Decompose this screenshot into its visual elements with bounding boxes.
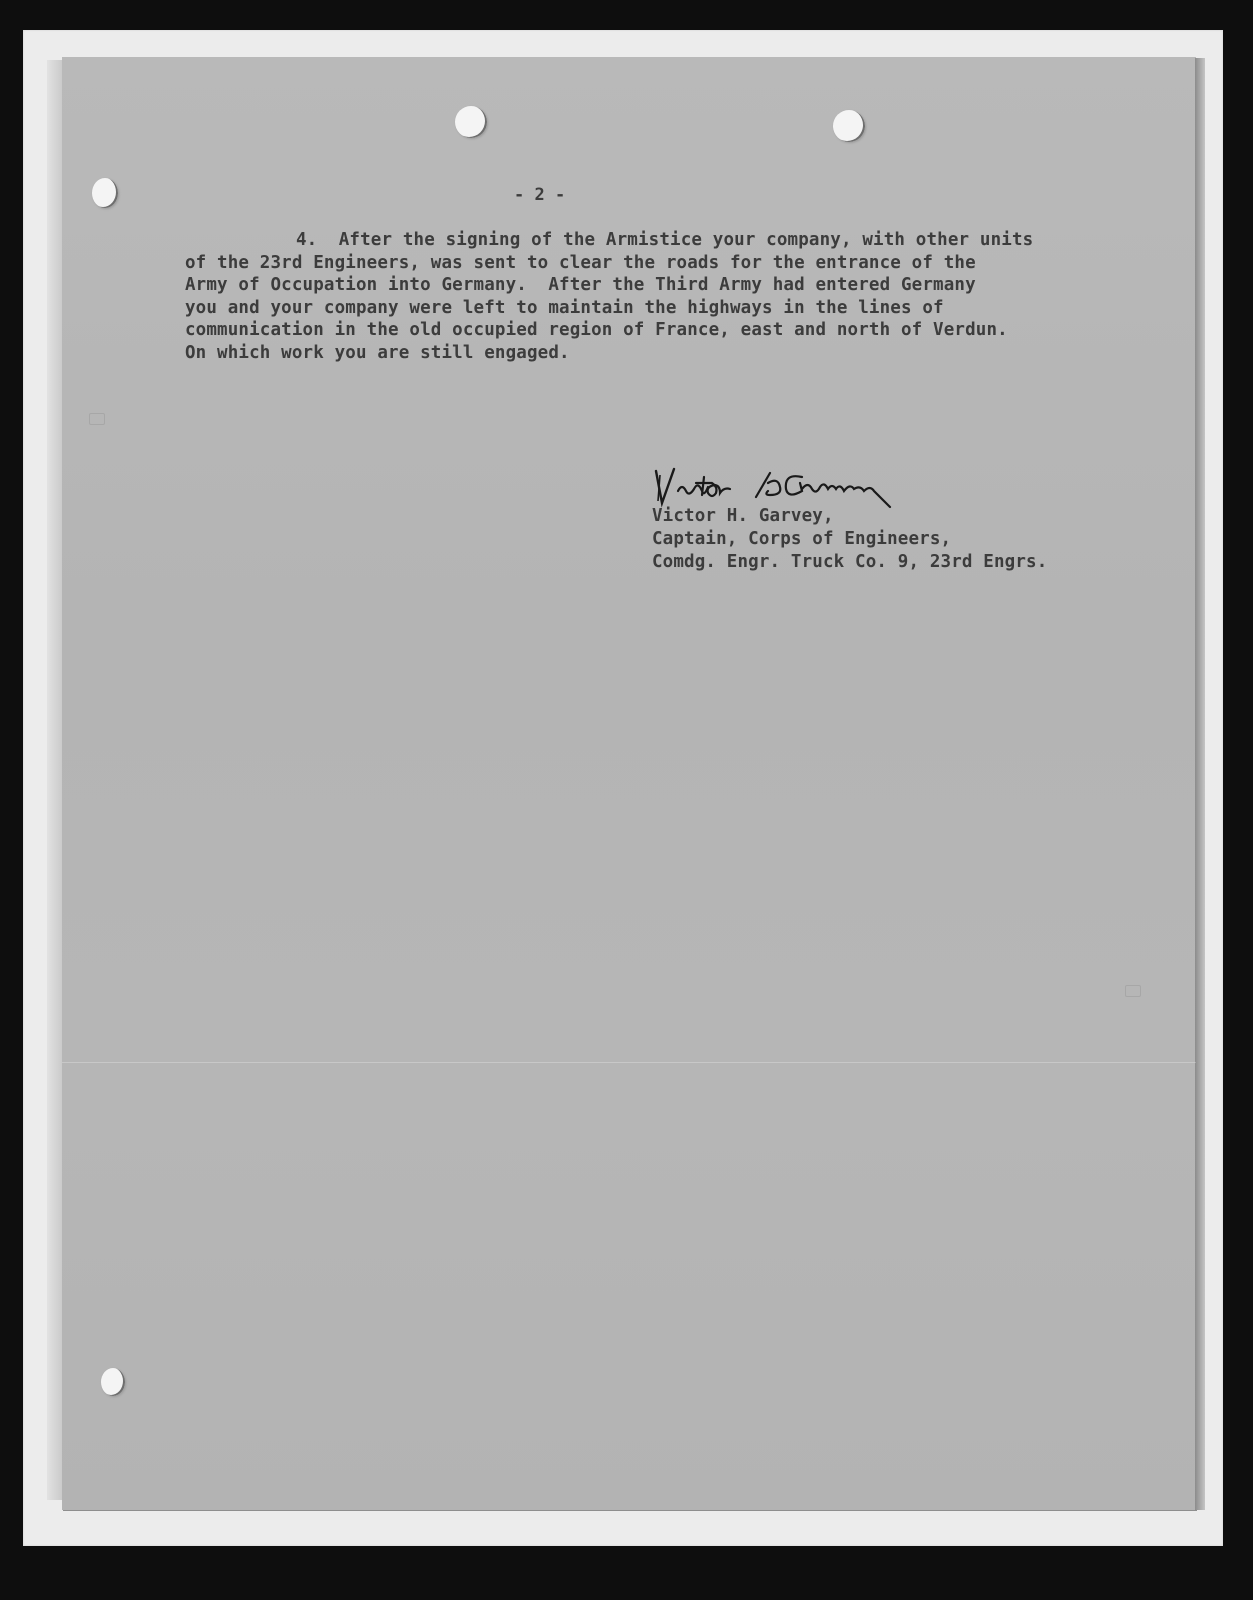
paragraph-line-6: On which work you are still engaged.: [185, 343, 570, 363]
page-edge-right: [1195, 58, 1205, 1510]
archive-mark-left: [89, 413, 105, 425]
punch-hole-side-top: [92, 178, 118, 208]
archive-mark-right: [1125, 985, 1141, 997]
signature-block: Victor H. Garvey, Captain, Corps of Engi…: [652, 505, 1047, 574]
punch-hole-top-right: [833, 110, 865, 142]
paragraph-line-1: After the signing of the Armistice your …: [339, 230, 1034, 250]
paragraph-number: 4.: [296, 230, 317, 250]
paragraph-line-5: communication in the old occupied region…: [185, 320, 1008, 340]
body-paragraph: 4. After the signing of the Armistice yo…: [185, 229, 1033, 364]
page-number: - 2 -: [514, 185, 565, 205]
handwritten-signature: [652, 463, 982, 511]
paragraph-line-2: of the 23rd Engineers, was sent to clear…: [185, 253, 976, 273]
signer-rank: Captain, Corps of Engineers,: [652, 529, 951, 549]
scan-frame: - 2 - 4. After the signing of the Armist…: [0, 0, 1253, 1600]
paragraph-line-4: you and your company were left to mainta…: [185, 298, 944, 318]
page-edge-left: [47, 60, 63, 1500]
signer-unit: Comdg. Engr. Truck Co. 9, 23rd Engrs.: [652, 552, 1047, 572]
punch-hole-top-left: [455, 106, 487, 138]
paragraph-line-3: Army of Occupation into Germany. After t…: [185, 275, 976, 295]
signer-name: Victor H. Garvey,: [652, 506, 834, 526]
fold-line: [62, 1062, 1196, 1063]
punch-hole-side-bottom: [101, 1368, 125, 1396]
